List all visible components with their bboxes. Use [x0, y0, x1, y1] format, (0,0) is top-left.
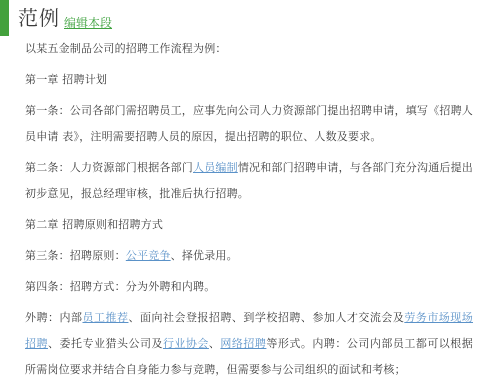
- paragraph: 第二章 招聘原则和招聘方式: [25, 212, 473, 238]
- text-run: 第二条：人力资源部门根据各部门: [25, 161, 193, 174]
- paragraph: 以某五金制品公司的招聘工作流程为例：: [25, 36, 473, 62]
- edit-section-link[interactable]: 编辑本段: [64, 14, 112, 31]
- text-run: 第一章 招聘计划: [25, 73, 107, 86]
- paragraph: 外聘：内部员工推荐、面向社会登报招聘、到学校招聘、参加人才交流会及劳务市场现场招…: [25, 305, 473, 378]
- page: 范例 编辑本段 以某五金制品公司的招聘工作流程为例：第一章 招聘计划第一条：公司…: [0, 0, 479, 378]
- text-run: 、择优录用。: [171, 249, 238, 262]
- section-accent-bar: [0, 0, 9, 36]
- inline-link[interactable]: 员工推荐: [82, 311, 128, 324]
- inline-link[interactable]: 人员编制: [193, 161, 238, 174]
- text-run: 第三条：招聘原则：: [25, 249, 126, 262]
- section-title: 范例: [18, 0, 60, 36]
- paragraph: 第二条：人力资源部门根据各部门人员编制情况和部门招聘申请，与各部门充分沟通后提出…: [25, 155, 473, 207]
- paragraph: 第一章 招聘计划: [25, 67, 473, 93]
- paragraph: 第一条：公司各部门需招聘员工，应事先向公司人力资源部门提出招聘申请，填写《招聘人…: [25, 98, 473, 150]
- text-run: 外聘：内部: [25, 311, 82, 324]
- text-run: 第二章 招聘原则和招聘方式: [25, 218, 163, 231]
- text-run: 、面向社会登报招聘、到学校招聘、参加人才交流会及: [128, 311, 404, 324]
- text-run: 、: [209, 337, 221, 350]
- text-run: 第四条：招聘方式：分为外聘和内聘。: [25, 280, 215, 293]
- inline-link[interactable]: 行业协会: [163, 337, 209, 350]
- text-run: 、委托专业猎头公司及: [48, 337, 163, 350]
- inline-link[interactable]: 公平竞争: [126, 249, 171, 262]
- text-run: 以某五金制品公司的招聘工作流程为例：: [25, 42, 227, 55]
- text-run: 第一条：公司各部门需招聘员工，应事先向公司人力资源部门提出招聘申请，填写《招聘人…: [25, 104, 473, 143]
- inline-link[interactable]: 网络招聘: [220, 337, 266, 350]
- paragraph: 第四条：招聘方式：分为外聘和内聘。: [25, 274, 473, 300]
- section-header: 范例 编辑本段: [0, 0, 479, 36]
- article-body: 以某五金制品公司的招聘工作流程为例：第一章 招聘计划第一条：公司各部门需招聘员工…: [0, 36, 479, 378]
- paragraph: 第三条：招聘原则：公平竞争、择优录用。: [25, 243, 473, 269]
